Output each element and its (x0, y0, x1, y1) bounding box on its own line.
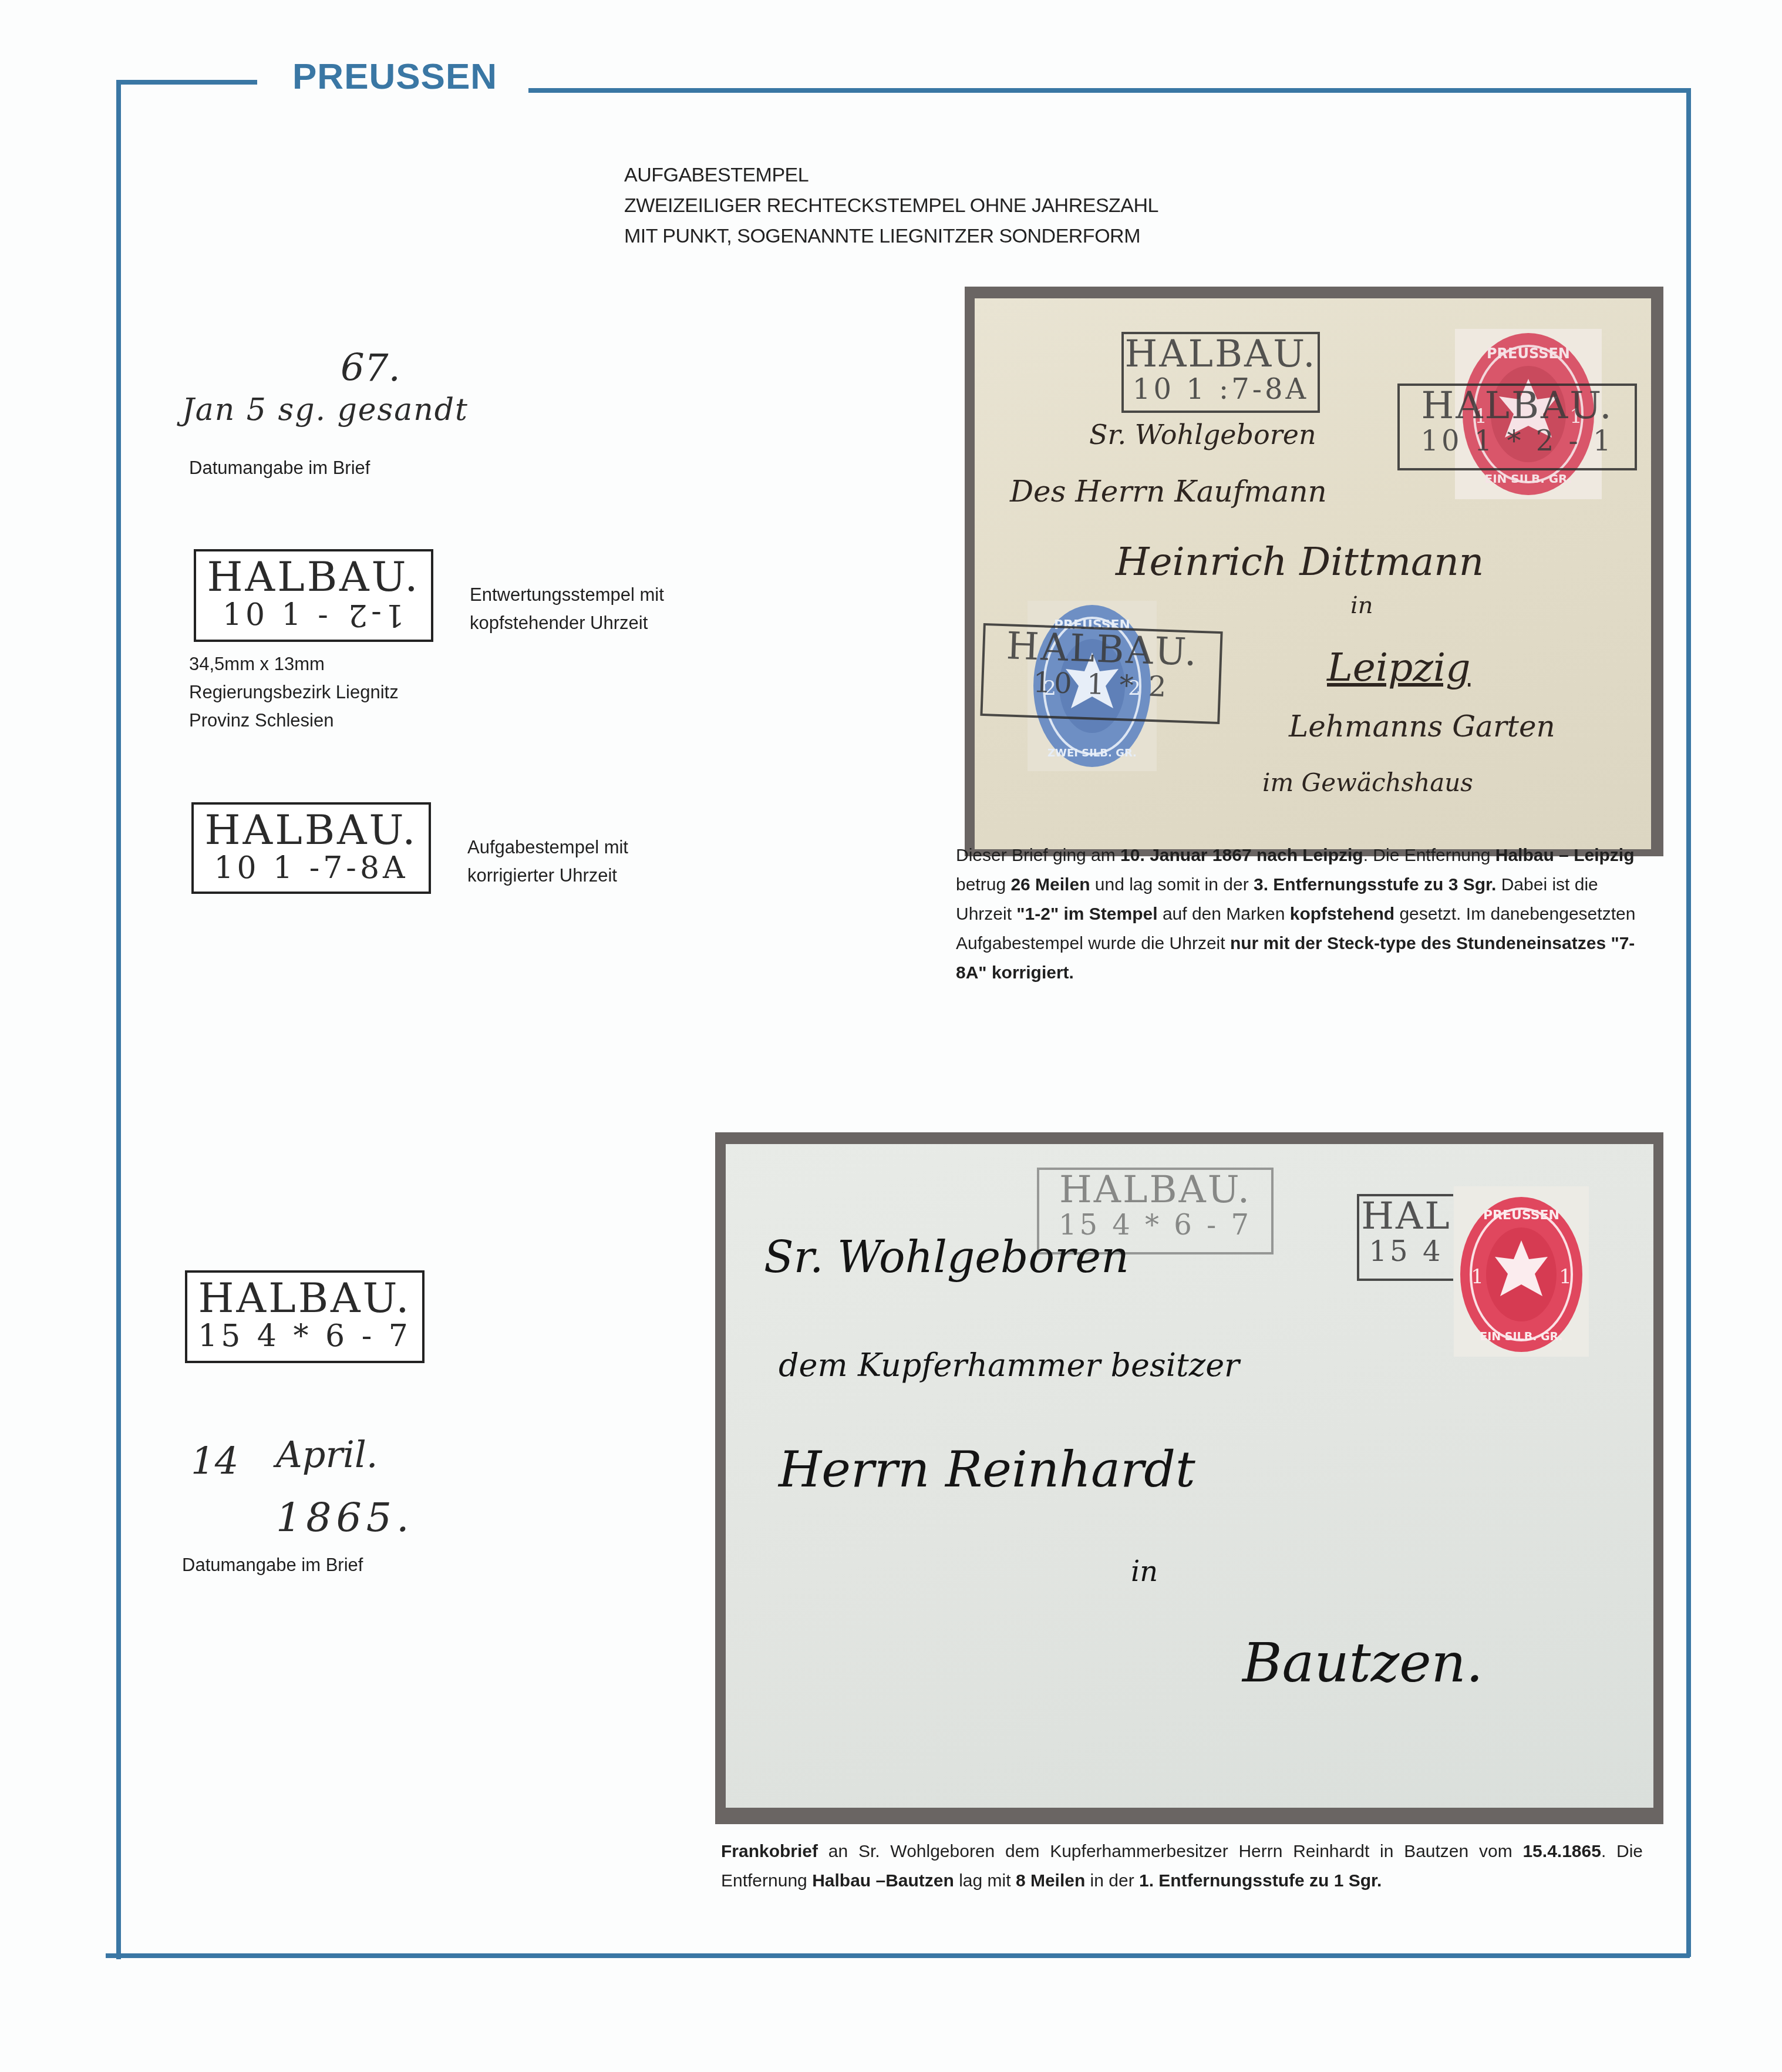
inverted-time: 1-2 (345, 598, 405, 631)
letter-1-address-line-7: im Gewächshaus (1262, 768, 1473, 797)
date-note-caption-1: Datumangabe im Brief (189, 453, 370, 483)
stamp-replica-corrected-time: HALBAU. 10 1 -7-8A (191, 802, 431, 894)
letter-1-address-line-6: Lehmanns Garten (1289, 709, 1555, 744)
stamp-1-description: Entwertungsstempel mit (470, 580, 664, 610)
heading-line-3: MIT PUNKT, SOGENANNTE LIEGNITZER SONDERF… (624, 221, 1158, 251)
handwriting-day-2: 14 (191, 1440, 238, 1484)
frame-top-right (528, 88, 1691, 93)
date-note-caption-2: Datumangabe im Brief (182, 1550, 363, 1580)
frame-bottom (106, 1953, 1690, 1958)
letter-1-address-line-3: Heinrich Dittmann (1116, 539, 1484, 584)
heading-line-1: AUFGABESTEMPEL (624, 160, 1158, 190)
stamp-province: Provinz Schlesien (189, 706, 334, 735)
stamp-2-description-2: korrigierter Uhrzeit (467, 861, 617, 890)
stamp-1-description-2: kopfstehender Uhrzeit (470, 608, 648, 638)
svg-text:PREUSSEN: PREUSSEN (1483, 1208, 1559, 1223)
stamp-date: 15 4 * 6 - 7 (187, 1320, 422, 1353)
letter-1-caption: Dieser Brief ging am 10. Januar 1867 nac… (956, 841, 1649, 988)
svg-text:1: 1 (1559, 1265, 1572, 1289)
heading-line-2: ZWEIZEILIGER RECHTECKSTEMPEL OHNE JAHRES… (624, 190, 1158, 221)
frame-left (116, 80, 121, 1959)
letter-1-address-line-2: Des Herrn Kaufmann (1010, 475, 1327, 509)
letter-1-postmark-3: HALBAU. 10 1 * 2 (980, 623, 1222, 724)
exhibit-heading: AUFGABESTEMPEL ZWEIZEILIGER RECHTECKSTEM… (624, 160, 1158, 251)
svg-text:PREUSSEN: PREUSSEN (1487, 345, 1570, 362)
stamp-town: HALBAU. (196, 555, 431, 598)
letter-2-cover: HALBAU. 15 4 * 6 - 7 PREUSSEN EIN SILB. … (726, 1144, 1653, 1808)
stamp-2-description: Aufgabestempel mit (467, 833, 628, 862)
svg-text:ZWEI SILB. GR.: ZWEI SILB. GR. (1047, 747, 1137, 759)
svg-text:1: 1 (1471, 1265, 1484, 1289)
handwriting-month-2: April. (276, 1433, 378, 1476)
letter-2-address-line-3: Herrn Reinhardt (779, 1441, 1195, 1498)
frame-top-left (116, 80, 257, 85)
stamp-replica-inverted-time: HALBAU. 10 1 - 1-2 (194, 549, 433, 642)
stamp-town: HALBAU. (194, 808, 429, 852)
letter-2-caption: Frankobrief an Sr. Wohlgeboren dem Kupfe… (721, 1837, 1643, 1896)
stamp-replica-1865: HALBAU. 15 4 * 6 - 7 (185, 1270, 425, 1363)
handwriting-year-2: 1865. (276, 1495, 414, 1541)
red-stamp-one-silbergroschen: PREUSSEN EIN SILB. GR. 1 1 (1454, 1186, 1589, 1357)
letter-2-address-line-5: Bautzen. (1242, 1632, 1483, 1694)
page-title: PREUSSEN (292, 56, 497, 97)
letter-2-postmark-2: HAL 15 4 (1357, 1194, 1453, 1281)
stamp-district: Regierungsbezirk Liegnitz (189, 678, 399, 707)
stamp-town: HALBAU. (187, 1276, 422, 1320)
letter-1-postmark-1: HALBAU. 10 1 :7-8A (1121, 332, 1320, 413)
frame-right (1686, 89, 1691, 1957)
letter-1-cover: HALBAU. 10 1 :7-8A PREUSSEN EIN SILB. GR… (975, 298, 1651, 849)
svg-text:EIN SILB. GR.: EIN SILB. GR. (1485, 472, 1572, 486)
stamp-date: 10 1 - 1-2 (196, 598, 431, 631)
letter-2-address-line-2: dem Kupferhammer besitzer (779, 1347, 1239, 1384)
stamp-date: 10 1 -7-8A (194, 852, 429, 884)
stamp-size: 34,5mm x 13mm (189, 650, 325, 679)
letter-1-address-line-1: Sr. Wohlgeboren (1089, 419, 1316, 450)
letter-1-address-line-4: in (1350, 592, 1373, 619)
svg-text:EIN SILB. GR.: EIN SILB. GR. (1480, 1330, 1563, 1343)
letter-2-address-line-4: in (1131, 1555, 1158, 1588)
handwriting-year-1: 67. (341, 347, 400, 390)
letter-2-address-line-1: Sr. Wohlgeboren (764, 1232, 1129, 1283)
letter-1-address-line-5: Leipzig (1327, 645, 1470, 690)
handwriting-date-1: Jan 5 sg. gesandt (182, 392, 469, 428)
letter-1-postmark-2: HALBAU. 10 1 * 2 - 1 (1397, 384, 1637, 470)
